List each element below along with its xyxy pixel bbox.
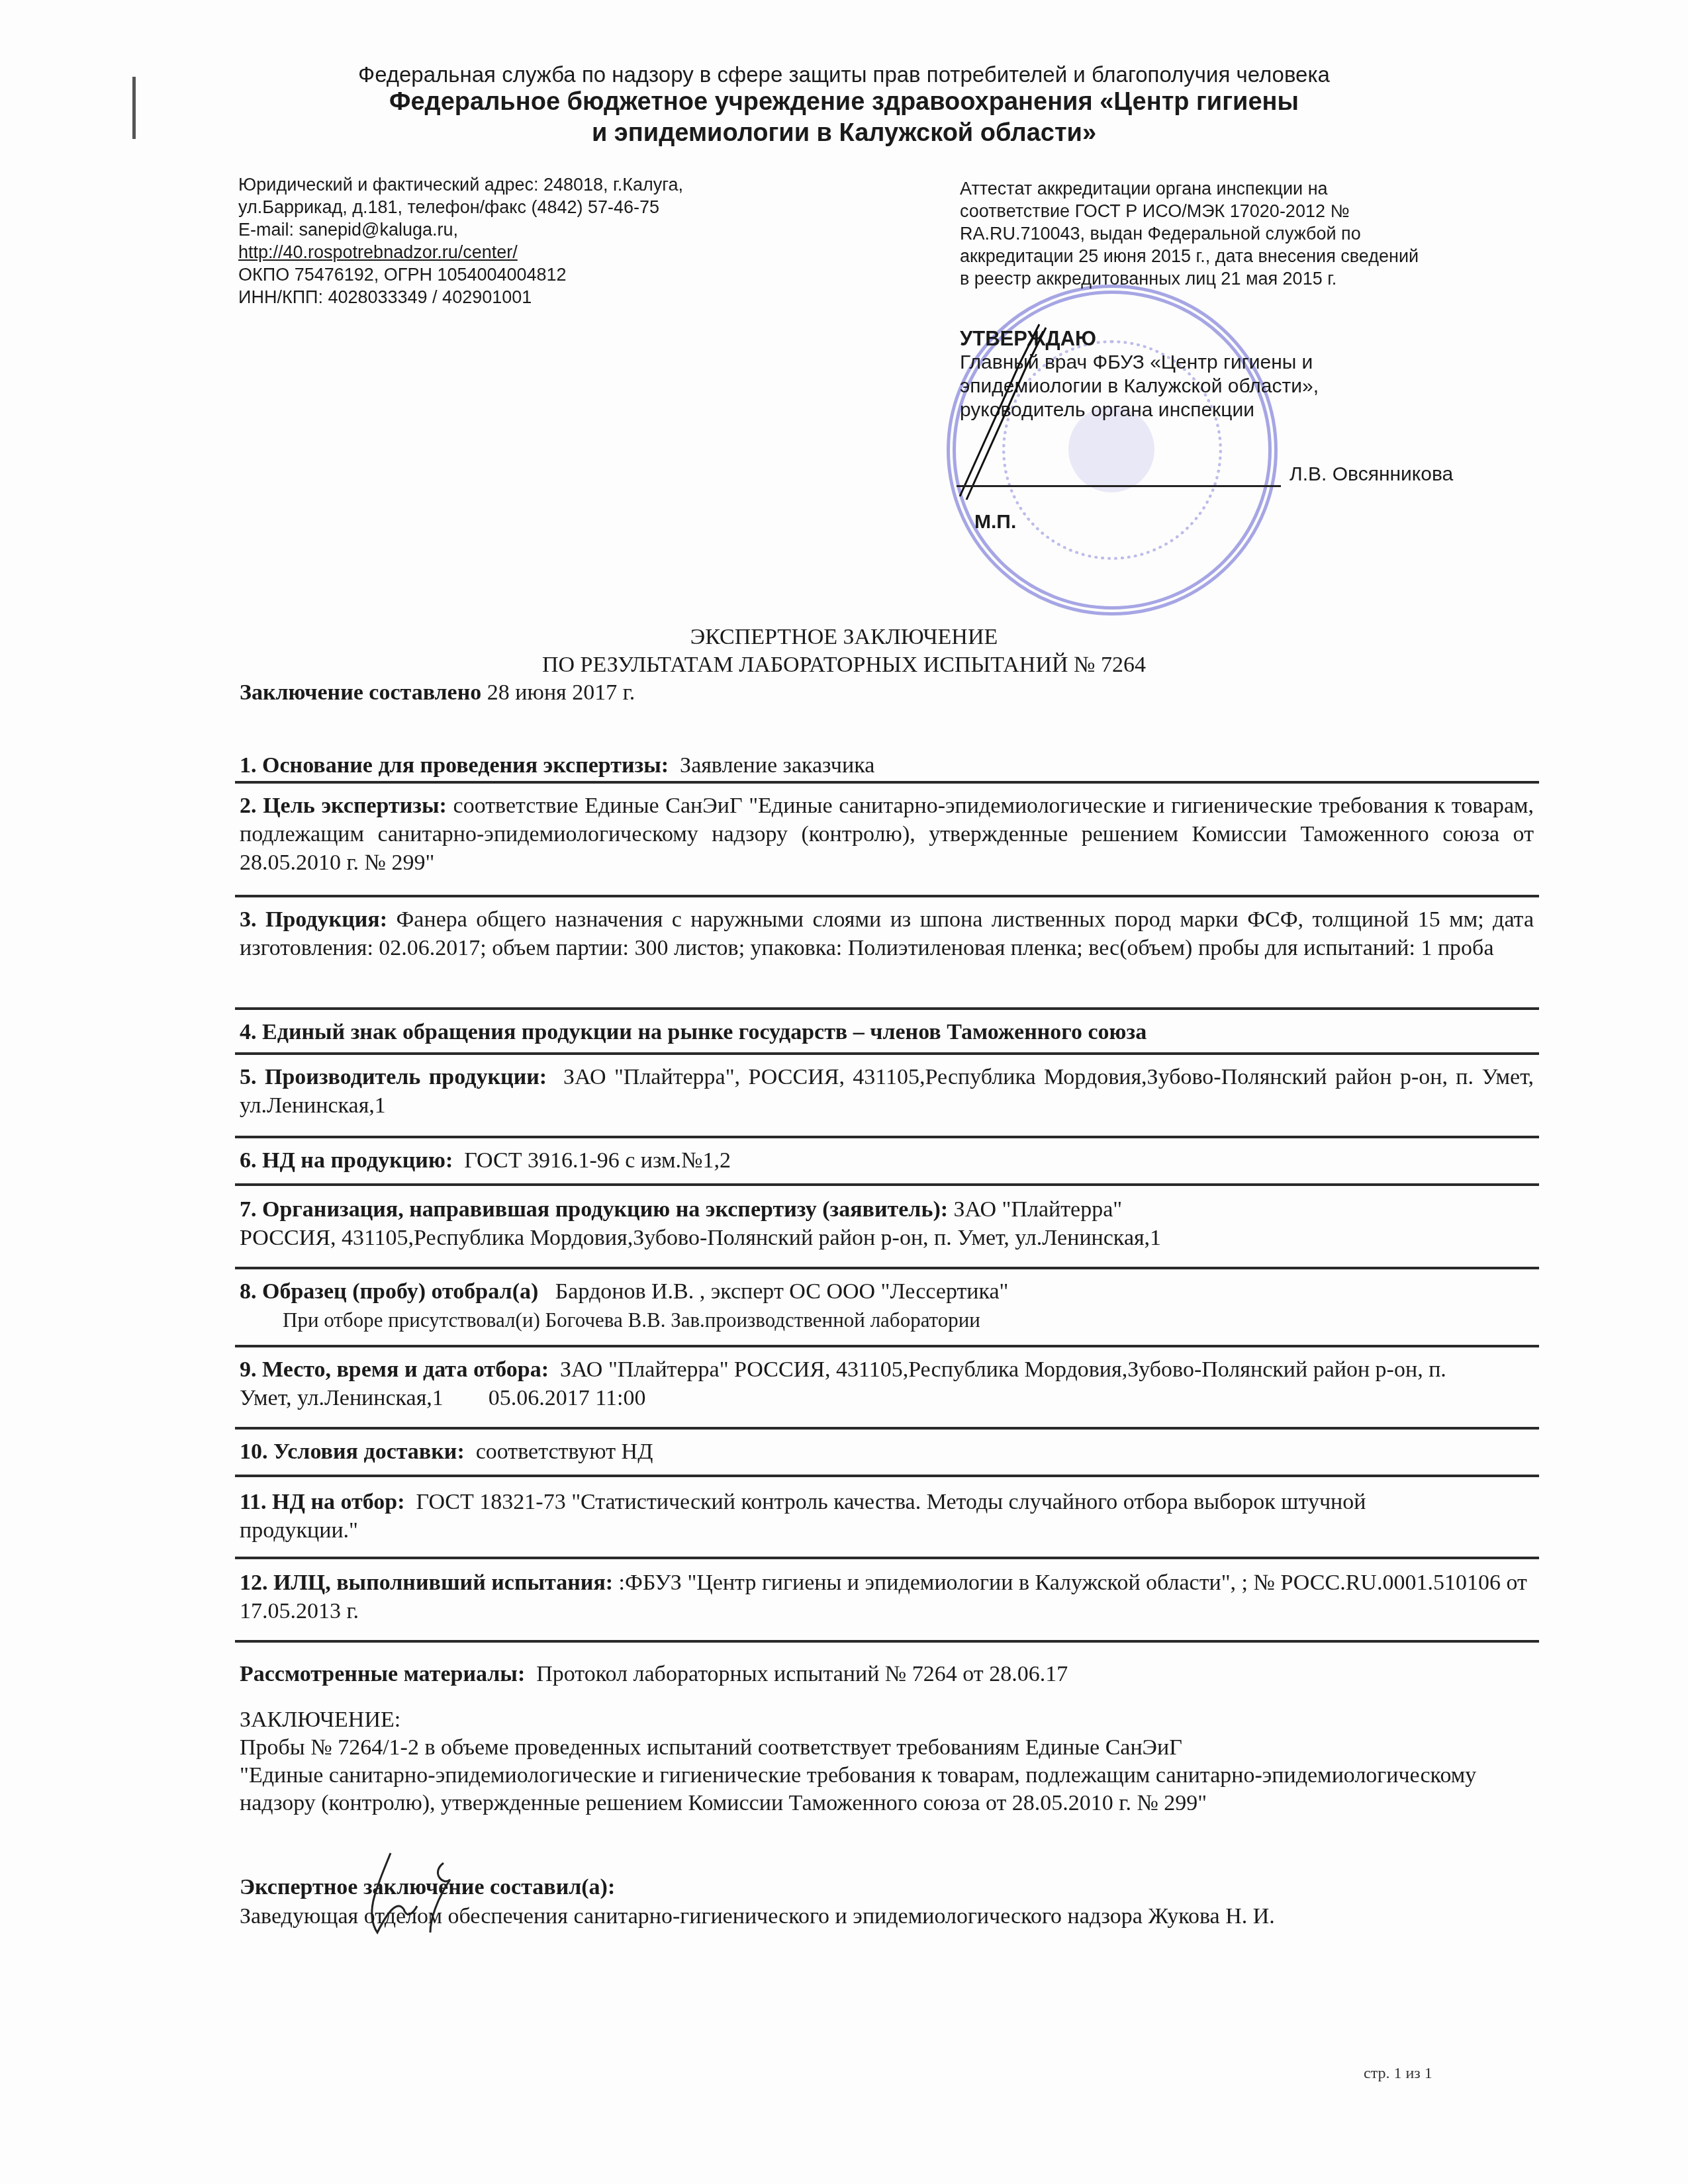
section-value: Фанера общего назначения с наружными сло…	[240, 907, 1534, 960]
okpo-ogrn: ОКПО 75476192, ОГРН 1054004004812	[238, 263, 683, 286]
agency-name: Федеральная служба по надзору в сфере за…	[0, 62, 1688, 87]
section-6: 6. НД на продукцию: ГОСТ 3916.1-96 с изм…	[240, 1146, 1534, 1175]
section-1: 1. Основание для проведения экспертизы: …	[240, 751, 1534, 780]
divider	[235, 895, 1539, 897]
conclusion-line1: Пробы № 7264/1-2 в объеме проведенных ис…	[240, 1734, 1534, 1762]
section-value-attendee: При отборе присутствовал(и) Богочева В.В…	[240, 1306, 1534, 1334]
section-8: 8. Образец (пробу) отобрал(а) Бардонов И…	[240, 1277, 1534, 1334]
section-label: 1. Основание для проведения экспертизы:	[240, 753, 669, 778]
section-label: 3. Продукция:	[240, 907, 387, 932]
divider	[235, 1267, 1539, 1269]
section-value: Заявление заказчика	[680, 753, 874, 778]
document-title: ЭКСПЕРТНОЕ ЗАКЛЮЧЕНИЕ	[0, 625, 1688, 650]
section-7: 7. Организация, направившая продукцию на…	[240, 1195, 1534, 1252]
accreditation-line: аккредитации 25 июня 2015 г., дата внесе…	[960, 245, 1529, 267]
page-number: стр. 1 из 1	[1364, 2065, 1432, 2083]
approver-name: Л.В. Овсянникова	[1289, 463, 1453, 486]
section-label: 8. Образец (пробу) отобрал(а)	[240, 1279, 538, 1304]
contacts-block: Юридический и фактический адрес: 248018,…	[238, 173, 683, 308]
section-value-address: РОССИЯ, 431105,Республика Мордовия,Зубов…	[240, 1226, 1161, 1250]
signature-line	[957, 485, 1281, 487]
conclusion-block: ЗАКЛЮЧЕНИЕ: Пробы № 7264/1-2 в объеме пр…	[240, 1706, 1534, 1817]
institution-name-line1: Федеральное бюджетное учреждение здравоо…	[0, 88, 1688, 116]
email-line: E-mail: sanepid@kaluga.ru,	[238, 218, 683, 241]
composed-date-value: 28 июня 2017 г.	[487, 680, 635, 705]
section-value: ГОСТ 3916.1-96 с изм.№1,2	[464, 1148, 731, 1173]
section-label: 12. ИЛЦ, выполнивший испытания:	[240, 1570, 613, 1595]
materials-value: Протокол лабораторных испытаний № 7264 о…	[536, 1662, 1068, 1686]
section-label: 4. Единый знак обращения продукции на ры…	[240, 1020, 1147, 1044]
section-label: 5. Производитель продукции:	[240, 1065, 547, 1089]
divider	[235, 1345, 1539, 1347]
section-label: 11. НД на отбор:	[240, 1490, 405, 1514]
divider	[235, 781, 1539, 784]
website-link[interactable]: http://40.rospotrebnadzor.ru/center/	[238, 242, 518, 262]
materials-label: Рассмотренные материалы:	[240, 1662, 525, 1686]
divider	[235, 1475, 1539, 1477]
section-3: 3. Продукция: Фанера общего назначения с…	[240, 905, 1534, 962]
divider	[235, 1427, 1539, 1430]
section-4: 4. Единый знак обращения продукции на ры…	[240, 1018, 1534, 1046]
section-10: 10. Условия доставки: соответствуют НД	[240, 1437, 1534, 1466]
section-label: 6. НД на продукцию:	[240, 1148, 453, 1173]
document-subtitle: ПО РЕЗУЛЬТАТАМ ЛАБОРАТОРНЫХ ИСПЫТАНИЙ № …	[0, 653, 1688, 678]
section-value: ЗАО "Плайтерра"	[954, 1197, 1123, 1222]
reviewed-materials: Рассмотренные материалы: Протокол лабора…	[240, 1660, 1534, 1688]
accreditation-line: в реестр аккредитованных лиц 21 мая 2015…	[960, 267, 1529, 290]
divider	[235, 1640, 1539, 1643]
street-phone-line: ул.Баррикад, д.181, телефон/факс (4842) …	[238, 196, 683, 218]
section-11: 11. НД на отбор: ГОСТ 18321-73 "Статисти…	[240, 1488, 1464, 1545]
composed-label: Заключение составлено	[240, 680, 481, 705]
divider	[235, 1052, 1539, 1055]
accreditation-line: RA.RU.710043, выдан Федеральной службой …	[960, 222, 1529, 245]
section-9: 9. Место, время и дата отбора: ЗАО "Плай…	[240, 1355, 1451, 1412]
author-position-name: Заведующая отделом обеспечения санитарно…	[240, 1902, 1564, 1931]
section-value: соответствуют НД	[476, 1439, 653, 1464]
conclusion-title: ЗАКЛЮЧЕНИЕ:	[240, 1706, 1534, 1734]
section-value: Бардонов И.В. , эксперт ОС ООО "Лессерти…	[555, 1279, 1009, 1304]
section-label: 9. Место, время и дата отбора:	[240, 1357, 549, 1382]
author-signature-icon	[351, 1846, 477, 1946]
institution-name-line2: и эпидемиологии в Калужской области»	[0, 119, 1688, 148]
approver-signature-icon	[940, 311, 1072, 510]
accreditation-block: Аттестат аккредитации органа инспекции н…	[960, 177, 1529, 290]
section-5: 5. Производитель продукции: ЗАО "Плайтер…	[240, 1063, 1534, 1120]
inn-kpp: ИНН/КПП: 4028033349 / 402901001	[238, 286, 683, 308]
section-label: 2. Цель экспертизы:	[240, 794, 447, 818]
divider	[235, 1557, 1539, 1559]
divider	[235, 1183, 1539, 1186]
section-label: 10. Условия доставки:	[240, 1439, 465, 1464]
conclusion-text: "Единые санитарно-эпидемиологические и г…	[240, 1762, 1534, 1817]
accreditation-line: соответствие ГОСТ Р ИСО/МЭК 17020-2012 №	[960, 200, 1529, 222]
section-2: 2. Цель экспертизы: соответствие Единые …	[240, 792, 1534, 877]
address-line: Юридический и фактический адрес: 248018,…	[238, 173, 683, 196]
accreditation-line: Аттестат аккредитации органа инспекции н…	[960, 177, 1529, 200]
divider	[235, 1007, 1539, 1010]
section-12: 12. ИЛЦ, выполнивший испытания: :ФБУЗ "Ц…	[240, 1569, 1534, 1625]
section-value: ГОСТ 18321-73 "Статистический контроль к…	[240, 1490, 1366, 1543]
divider	[235, 1136, 1539, 1138]
section-label: 7. Организация, направившая продукцию на…	[240, 1197, 948, 1222]
sampling-datetime: 05.06.2017 11:00	[489, 1386, 646, 1410]
seal-label: М.П.	[974, 511, 1016, 533]
composed-date: Заключение составлено 28 июня 2017 г.	[240, 680, 635, 705]
